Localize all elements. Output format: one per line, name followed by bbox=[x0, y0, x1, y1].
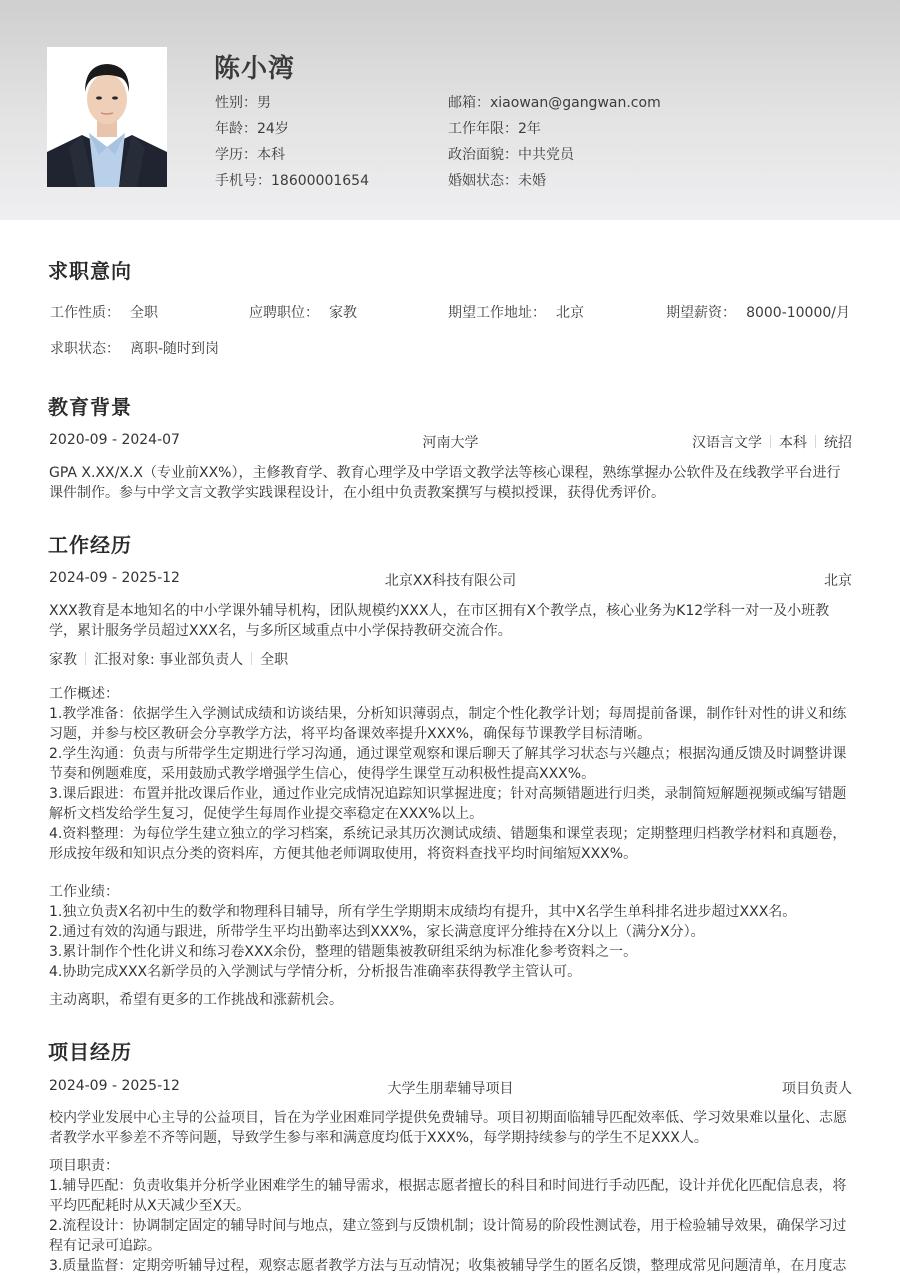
project-duties: 项目职责： 1.辅导匹配：负责收集并分析学业困难学生的辅导需求，根据志愿者擅长的… bbox=[49, 1156, 852, 1275]
info-label: 工作年限： bbox=[448, 121, 518, 137]
basic-info-left: 性别：男 年龄：24岁 学历：本科 手机号：18600001654 bbox=[215, 92, 369, 196]
divider bbox=[770, 435, 771, 448]
intent-salary: 期望薪资：8000-10000/月 bbox=[666, 302, 850, 322]
info-value: 中共党员 bbox=[518, 147, 574, 163]
candidate-name: 陈小湾 bbox=[214, 48, 295, 85]
project-description: 校内学业发展中心主导的公益项目，旨在为学业困难同学提供免费辅导。项目初期面临辅导… bbox=[49, 1108, 852, 1148]
work-overview-item: 3.课后跟进：布置并批改课后作业，通过作业完成情况追踪知识掌握进度；针对高频错题… bbox=[49, 784, 852, 824]
divider bbox=[85, 652, 86, 665]
info-value: 未婚 bbox=[518, 173, 546, 189]
education-enrollment-type: 统招 bbox=[824, 435, 852, 451]
work-leave-reason: 主动离职，希望有更多的工作挑战和涨薪机会。 bbox=[49, 990, 852, 1010]
profile-photo bbox=[47, 47, 167, 187]
info-value: xiaowan@gangwan.com bbox=[490, 95, 661, 111]
intent-value: 家教 bbox=[329, 305, 357, 321]
intent-label: 求职状态： bbox=[50, 341, 120, 357]
portrait-image bbox=[47, 47, 167, 187]
info-age: 年龄：24岁 bbox=[215, 118, 369, 144]
info-value: 本科 bbox=[257, 147, 285, 163]
work-achievement-item: 2.通过有效的沟通与跟进，所带学生平均出勤率达到XXX%，家长满意度评分维持在X… bbox=[49, 922, 852, 942]
section-title-project: 项目经历 bbox=[48, 1036, 132, 1065]
info-label: 手机号： bbox=[215, 173, 271, 189]
info-political-status: 政治面貌：中共党员 bbox=[448, 144, 661, 170]
resume-header: 陈小湾 性别：男 年龄：24岁 学历：本科 手机号：18600001654 邮箱… bbox=[0, 0, 900, 220]
project-duty-item: 2.流程设计：协调制定固定的辅导时间与地点，建立签到与反馈机制；设计简易的阶段性… bbox=[49, 1216, 852, 1256]
info-label: 政治面貌： bbox=[448, 147, 518, 163]
work-tag: 汇报对象: 事业部负责人 bbox=[94, 652, 243, 668]
intent-work-type: 工作性质：全职 bbox=[50, 302, 158, 322]
info-work-years: 工作年限：2年 bbox=[448, 118, 661, 144]
info-email: 邮箱：xiaowan@gangwan.com bbox=[448, 92, 661, 118]
intent-position: 应聘职位：家教 bbox=[249, 302, 357, 322]
project-role: 项目负责人 bbox=[782, 1078, 852, 1098]
project-duties-title: 项目职责： bbox=[49, 1156, 852, 1176]
info-value: 24岁 bbox=[257, 121, 289, 137]
work-tag: 全职 bbox=[260, 652, 288, 668]
work-achievement-item: 1.独立负责X名初中生的数学和物理科目辅导，所有学生学期期末成绩均有提升，其中X… bbox=[49, 902, 852, 922]
education-description: GPA X.XX/X.X（专业前XX%），主修教育学、教育心理学及中学语文教学法… bbox=[49, 463, 852, 503]
intent-label: 期望工作地址： bbox=[448, 305, 546, 321]
intent-value: 北京 bbox=[556, 305, 584, 321]
info-value: 18600001654 bbox=[271, 173, 369, 189]
project-name: 大学生朋辈辅导项目 bbox=[49, 1078, 852, 1098]
section-title-work: 工作经历 bbox=[48, 529, 132, 558]
info-marital-status: 婚姻状态：未婚 bbox=[448, 170, 661, 196]
divider bbox=[251, 652, 252, 665]
work-achievement-item: 4.协助完成XXX名新学员的入学测试与学情分析，分析报告准确率获得教学主管认可。 bbox=[49, 962, 852, 982]
work-achievements-title: 工作业绩： bbox=[49, 882, 852, 902]
work-entry-header: 2024-09 - 2025-12 北京XX科技有限公司 北京 bbox=[49, 570, 852, 590]
education-major: 汉语言文学 bbox=[692, 435, 762, 451]
info-label: 年龄： bbox=[215, 121, 257, 137]
intent-value: 8000-10000/月 bbox=[746, 305, 850, 321]
intent-value: 全职 bbox=[130, 305, 158, 321]
work-company: 北京XX科技有限公司 bbox=[49, 570, 852, 590]
work-company-description: XXX教育是本地知名的中小学课外辅导机构，团队规模约XXX人，在市区拥有X个教学… bbox=[49, 601, 852, 641]
education-degree: 本科 bbox=[779, 435, 807, 451]
project-duty-item: 3.质量监督：定期旁听辅导过程，观察志愿者教学方法与互动情况；收集被辅导学生的匿… bbox=[49, 1256, 852, 1275]
info-label: 学历： bbox=[215, 147, 257, 163]
work-overview-item: 2.学生沟通：负责与所带学生定期进行学习沟通，通过课堂观察和课后聊天了解其学习状… bbox=[49, 744, 852, 784]
work-overview: 工作概述： 1.教学准备：依据学生入学测试成绩和访谈结果，分析知识薄弱点，制定个… bbox=[49, 684, 852, 864]
info-phone: 手机号：18600001654 bbox=[215, 170, 369, 196]
divider bbox=[815, 435, 816, 448]
intent-location: 期望工作地址：北京 bbox=[448, 302, 584, 322]
education-tags: 汉语言文学本科统招 bbox=[692, 432, 852, 452]
info-label: 性别： bbox=[215, 95, 257, 111]
info-label: 邮箱： bbox=[448, 95, 490, 111]
project-entry-header: 2024-09 - 2025-12 大学生朋辈辅导项目 项目负责人 bbox=[49, 1078, 852, 1098]
intent-label: 期望薪资： bbox=[666, 305, 736, 321]
education-entry-header: 2020-09 - 2024-07 河南大学 汉语言文学本科统招 bbox=[49, 432, 852, 452]
basic-info-right: 邮箱：xiaowan@gangwan.com 工作年限：2年 政治面貌：中共党员… bbox=[448, 92, 661, 196]
intent-status: 求职状态：离职-随时到岗 bbox=[50, 338, 219, 358]
intent-label: 应聘职位： bbox=[249, 305, 319, 321]
work-overview-title: 工作概述： bbox=[49, 684, 852, 704]
section-title-job-intent: 求职意向 bbox=[48, 255, 132, 284]
work-overview-item: 1.教学准备：依据学生入学测试成绩和访谈结果，分析知识薄弱点，制定个性化教学计划… bbox=[49, 704, 852, 744]
work-overview-item: 4.资料整理：为每位学生建立独立的学习档案，系统记录其历次测试成绩、错题集和课堂… bbox=[49, 824, 852, 864]
info-gender: 性别：男 bbox=[215, 92, 369, 118]
info-degree: 学历：本科 bbox=[215, 144, 369, 170]
intent-value: 离职-随时到岗 bbox=[130, 341, 219, 357]
info-label: 婚姻状态： bbox=[448, 173, 518, 189]
info-value: 男 bbox=[257, 95, 271, 111]
section-title-education: 教育背景 bbox=[48, 391, 132, 420]
work-achievements: 工作业绩： 1.独立负责X名初中生的数学和物理科目辅导，所有学生学期期末成绩均有… bbox=[49, 882, 852, 982]
work-tag: 家教 bbox=[49, 652, 77, 668]
work-achievement-item: 3.累计制作个性化讲义和练习卷XXX余份，整理的错题集被教研组采纳为标准化参考资… bbox=[49, 942, 852, 962]
work-location: 北京 bbox=[824, 570, 852, 590]
intent-label: 工作性质： bbox=[50, 305, 120, 321]
work-tags: 家教汇报对象: 事业部负责人全职 bbox=[49, 649, 288, 669]
info-value: 2年 bbox=[518, 121, 541, 137]
project-duty-item: 1.辅导匹配：负责收集并分析学业困难学生的辅导需求，根据志愿者擅长的科目和时间进… bbox=[49, 1176, 852, 1216]
